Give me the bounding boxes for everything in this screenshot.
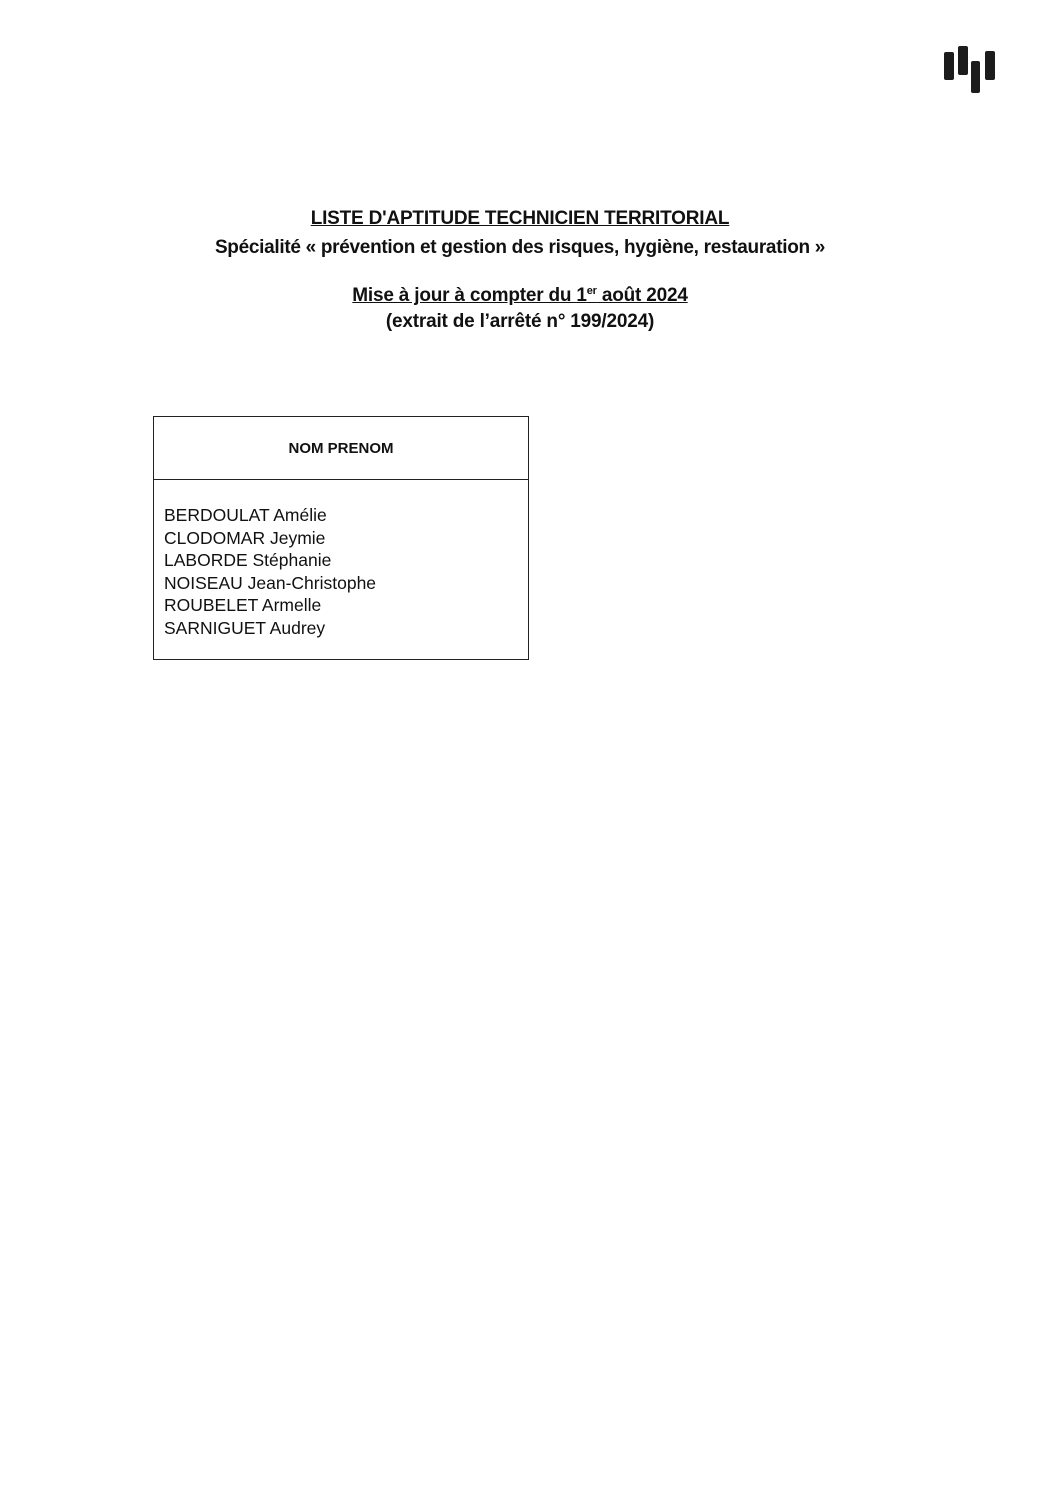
logo-bar (971, 61, 980, 93)
table-row: BERDOULAT Amélie (164, 504, 528, 527)
document-title: LISTE D'APTITUDE TECHNICIEN TERRITORIAL (0, 205, 1040, 233)
table-row: SARNIGUET Audrey (164, 617, 528, 640)
logo-bar (944, 52, 954, 80)
table-header: NOM PRENOM (154, 417, 528, 480)
update-prefix: Mise à jour à compter du 1 (352, 285, 586, 306)
table-row: NOISEAU Jean-Christophe (164, 572, 528, 595)
table-row: LABORDE Stéphanie (164, 549, 528, 572)
logo-bar (958, 46, 968, 75)
logo-bar (985, 51, 995, 80)
update-date: Mise à jour à compter du 1er août 2024 (0, 283, 1040, 309)
update-superscript: er (587, 285, 597, 297)
table-body: BERDOULAT Amélie CLODOMAR Jeymie LABORDE… (154, 480, 528, 639)
arrete-reference: (extrait de l’arrêté n° 199/2024) (0, 309, 1040, 335)
table-row: CLODOMAR Jeymie (164, 527, 528, 550)
document-header: LISTE D'APTITUDE TECHNICIEN TERRITORIAL … (0, 205, 1040, 335)
table-row: ROUBELET Armelle (164, 594, 528, 617)
update-suffix: août 2024 (597, 285, 688, 306)
organization-logo-icon (944, 44, 1000, 92)
document-subtitle: Spécialité « prévention et gestion des r… (0, 233, 1040, 263)
names-table: NOM PRENOM BERDOULAT Amélie CLODOMAR Jey… (153, 416, 529, 660)
